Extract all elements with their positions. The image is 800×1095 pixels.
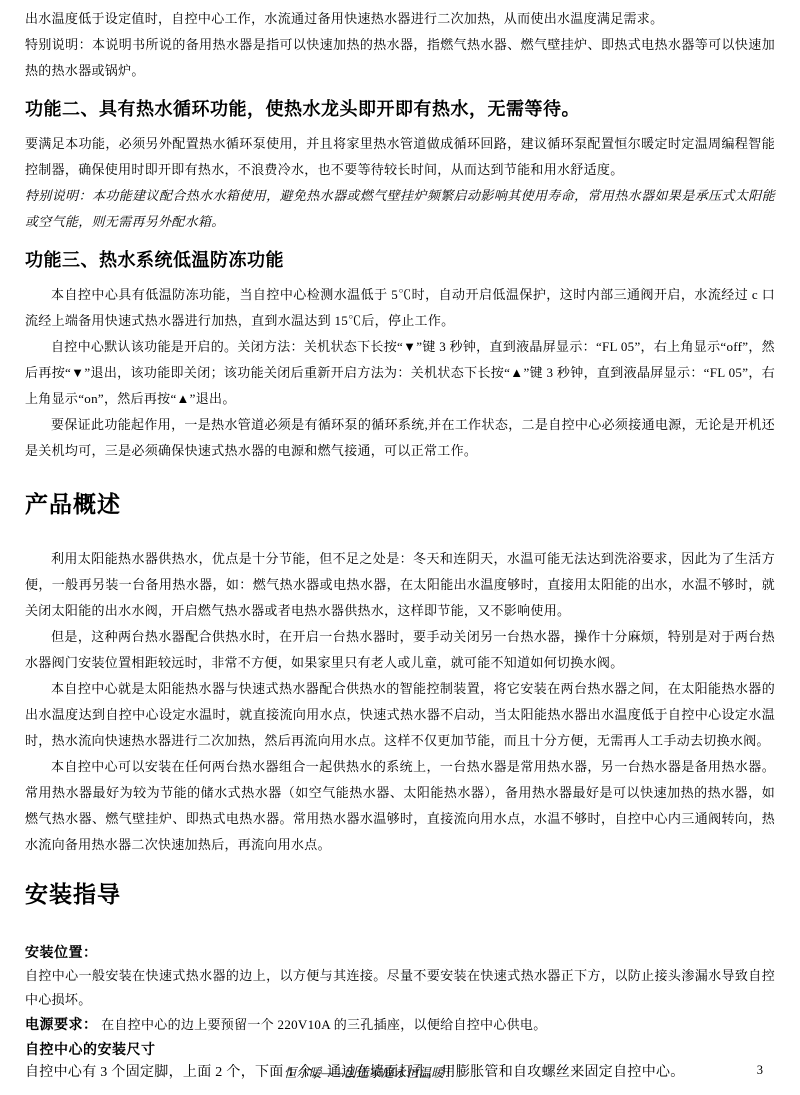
feature2-paragraph: 要满足本功能，必须另外配置热水循环泵使用，并且将家里热水管道做成循环回路，建议循… [25, 131, 775, 183]
feature3-paragraph-3: 要保证此功能起作用，一是热水管道必须是有循环泵的循环系统,并在工作状态，二是自控… [25, 412, 775, 464]
overview-paragraph-3: 本自控中心就是太阳能热水器与快速式热水器配合供热水的智能控制装置，将它安装在两台… [25, 676, 775, 754]
install-location-label: 安装位置： [25, 940, 775, 964]
feature3-heading: 功能三、热水系统低温防冻功能 [25, 248, 775, 272]
feature3-paragraph-1: 本自控中心具有低温防冻功能，当自控中心检测水温低于 5℃时，自动开启低温保护，这… [25, 282, 775, 334]
footer-slogan: 恒尔暖——创造家庭永恒温暖！ [25, 1063, 715, 1081]
intro-note: 特别说明：本说明书所说的备用热水器是指可以快速加热的热水器，指燃气热水器、燃气壁… [25, 32, 775, 84]
install-heading: 安装指导 [25, 878, 775, 910]
feature2-special-note: 特别说明：本功能建议配合热水水箱使用，避免热水器或燃气壁挂炉频繁启动影响其使用寿… [25, 183, 775, 235]
install-location-text: 自控中心一般安装在快速式热水器的边上，以方便与其连接。尽量不要安装在快速式热水器… [25, 964, 775, 1012]
overview-paragraph-1: 利用太阳能热水器供热水，优点是十分节能，但不足之处是：冬天和连阴天，水温可能无法… [25, 546, 775, 624]
document-page: 出水温度低于设定值时，自控中心工作，水流通过备用快速热水器进行二次加热，从而使出… [0, 0, 800, 1095]
page-footer: 恒尔暖——创造家庭永恒温暖！ 3 [25, 1063, 775, 1083]
overview-heading: 产品概述 [25, 488, 775, 520]
feature3-paragraph-2: 自控中心默认该功能是开启的。关闭方法：关机状态下长按“▼”键 3 秒钟，直到液晶… [25, 334, 775, 412]
install-size-heading: 自控中心的安装尺寸 [25, 1037, 775, 1061]
overview-paragraph-2: 但是，这种两台热水器配合供热水时，在开启一台热水器时，要手动关闭另一台热水器，操… [25, 624, 775, 676]
install-power-text: 在自控中心的边上要预留一个 220V10A 的三孔插座，以便给自控中心供电。 [101, 1017, 546, 1032]
install-power-label: 电源要求： [25, 1016, 98, 1032]
overview-paragraph-4: 本自控中心可以安装在任何两台热水器组合一起供热水的系统上，一台热水器是常用热水器… [25, 754, 775, 858]
feature2-heading: 功能二、具有热水循环功能，使热水龙头即开即有热水，无需等待。 [25, 97, 775, 121]
install-power-line: 电源要求： 在自控中心的边上要预留一个 220V10A 的三孔插座，以便给自控中… [25, 1012, 775, 1037]
page-number: 3 [757, 1063, 763, 1078]
intro-paragraph: 出水温度低于设定值时，自控中心工作，水流通过备用快速热水器进行二次加热，从而使出… [25, 6, 775, 32]
